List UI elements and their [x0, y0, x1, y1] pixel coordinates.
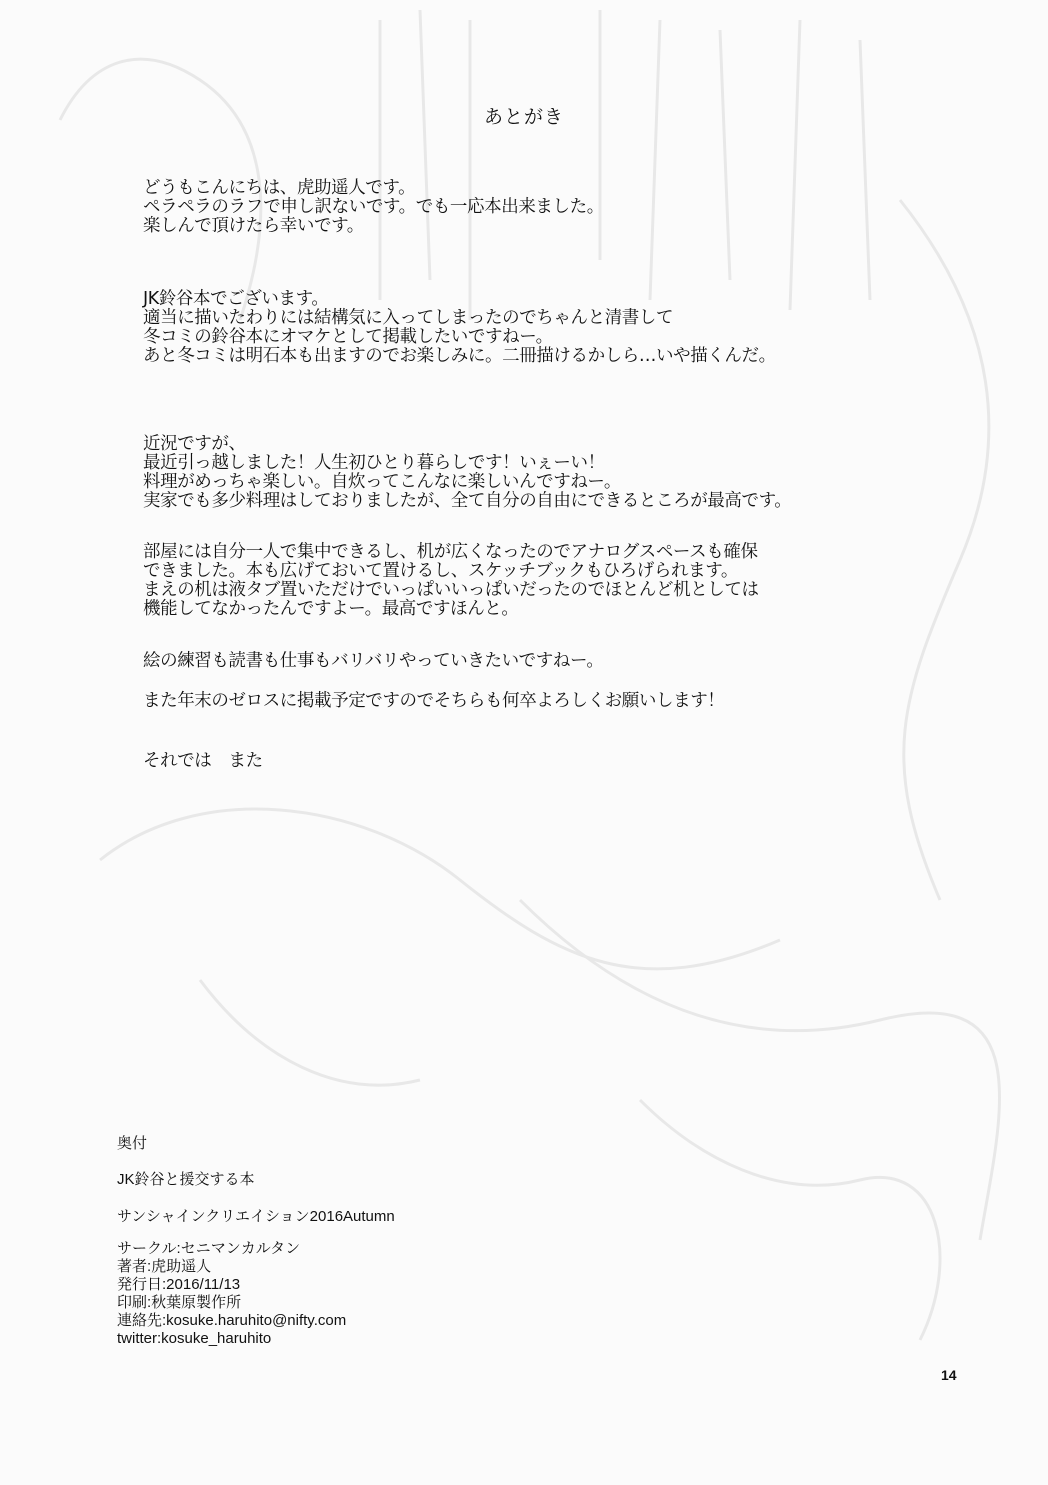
colophon-heading: 奥付: [117, 1132, 147, 1153]
paragraph-closing: それでは また: [143, 752, 263, 771]
credit-contact-email: 連絡先:kosuke.haruhito@nifty.com: [117, 1312, 346, 1330]
text-line: 部屋には自分一人で集中できるし、机が広くなったのでアナログスペースも確保: [143, 543, 759, 562]
text-line: 料理がめっちゃ楽しい。自炊ってこんなに楽しいんですねー。: [143, 473, 791, 492]
colophon-event: サンシャインクリエイション2016Autumn: [117, 1205, 395, 1226]
text-line: あと冬コミは明石本も出ますのでお楽しみに。二冊描けるかしら…いや描くんだ。: [143, 347, 776, 366]
paragraph-recent-news: 近況ですが、 最近引っ越しました！人生初ひとり暮らしです！いぇーい！ 料理がめっ…: [143, 435, 791, 511]
page-number: 14: [941, 1367, 957, 1383]
text-line: それでは また: [143, 752, 263, 771]
text-line: JK鈴谷本でございます。: [143, 290, 776, 309]
credit-printer: 印刷:秋葉原製作所: [117, 1294, 346, 1312]
text-line: 最近引っ越しました！人生初ひとり暮らしです！いぇーい！: [143, 454, 791, 473]
text-line: どうもこんにちは、虎助遥人です。: [143, 179, 604, 198]
text-line: 実家でも多少料理はしておりましたが、全て自分の自由にできるところが最高です。: [143, 492, 791, 511]
text-line: 近況ですが、: [143, 435, 791, 454]
credit-author: 著者:虎助遥人: [117, 1258, 346, 1276]
paragraph-greeting: どうもこんにちは、虎助遥人です。 ペラペラのラフで申し訳ないです。でも一応本出来…: [143, 179, 604, 236]
text-line: 適当に描いたわりには結構気に入ってしまったのでちゃんと清書して: [143, 309, 776, 328]
afterword-title: あとがき: [0, 102, 1048, 129]
text-line: 冬コミの鈴谷本にオマケとして掲載したいですねー。: [143, 328, 776, 347]
credit-publish-date: 発行日:2016/11/13: [117, 1276, 346, 1294]
credit-twitter: twitter:kosuke_haruhito: [117, 1330, 346, 1348]
paragraph-room: 部屋には自分一人で集中できるし、机が広くなったのでアナログスペースも確保 できま…: [143, 543, 759, 619]
paragraph-announcement: また年末のゼロスに掲載予定ですのでそちらも何卒よろしくお願いします！: [143, 692, 724, 711]
paragraph-goals: 絵の練習も読書も仕事もバリバリやっていきたいですねー。: [143, 652, 603, 671]
text-line: 機能してなかったんですよー。最高ですほんと。: [143, 600, 759, 619]
text-line: まえの机は液タブ置いただけでいっぱいいっぱいだったのでほとんど机としては: [143, 581, 759, 600]
text-line: また年末のゼロスに掲載予定ですのでそちらも何卒よろしくお願いします！: [143, 692, 724, 711]
credit-circle: サークル:セニマンカルタン: [117, 1240, 346, 1258]
colophon-book-title: JK鈴谷と援交する本: [117, 1168, 255, 1189]
text-line: できました。本も広げておいて置けるし、スケッチブックもひろげられます。: [143, 562, 759, 581]
colophon-credits: サークル:セニマンカルタン 著者:虎助遥人 発行日:2016/11/13 印刷:…: [117, 1240, 346, 1348]
paragraph-book-intro: JK鈴谷本でございます。 適当に描いたわりには結構気に入ってしまったのでちゃんと…: [143, 290, 776, 366]
text-line: ペラペラのラフで申し訳ないです。でも一応本出来ました。: [143, 198, 604, 217]
text-line: 楽しんで頂けたら幸いです。: [143, 217, 604, 236]
text-line: 絵の練習も読書も仕事もバリバリやっていきたいですねー。: [143, 652, 603, 671]
